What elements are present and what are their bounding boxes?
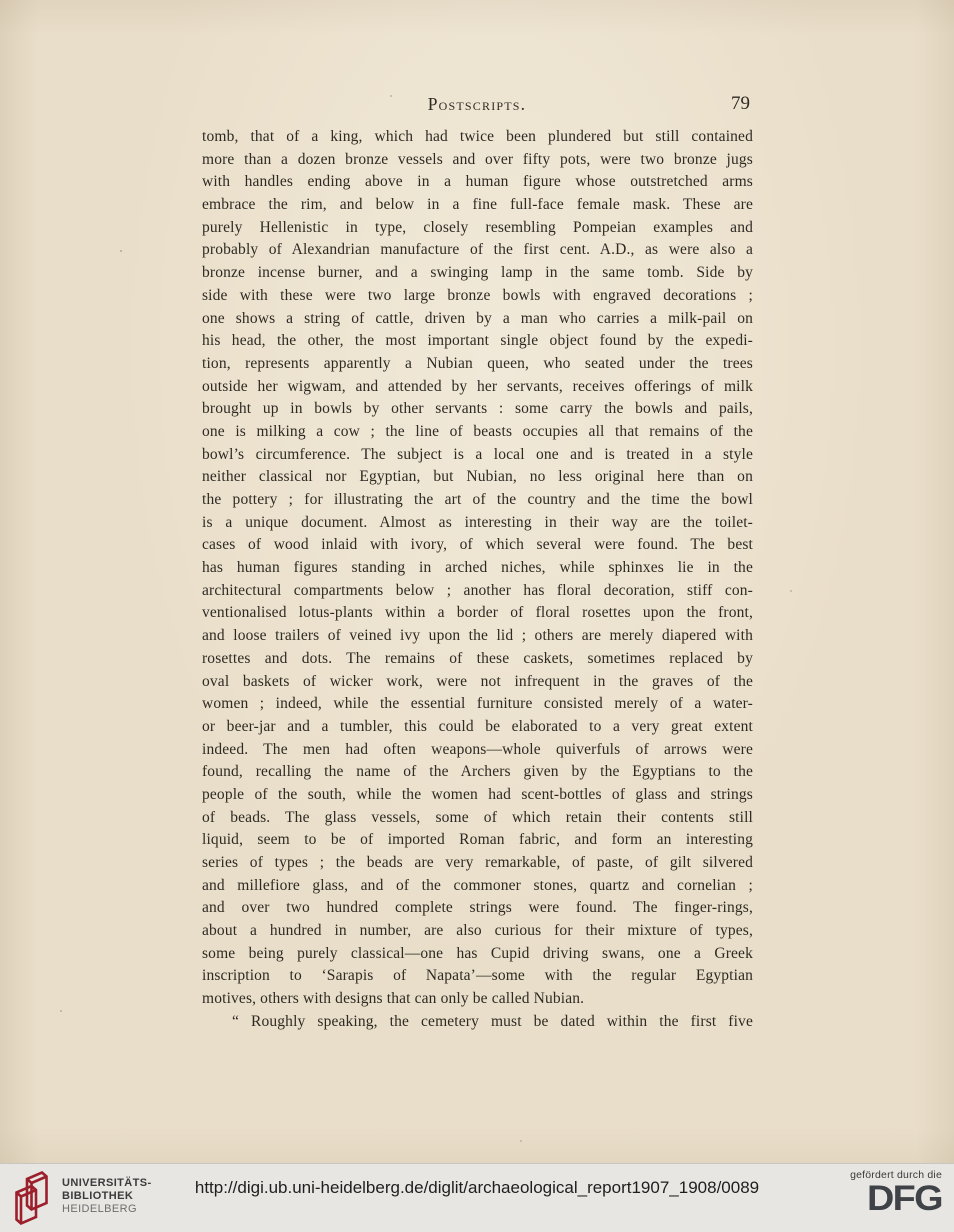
page-number: 79 [0,93,750,115]
text-line: bronze incense burner, and a swinging la… [202,262,753,285]
text-line: embrace the rim, and below in a fine ful… [202,194,753,217]
text-line: is a unique document. Almost as interest… [202,512,753,535]
library-name-line3: HEIDELBERG [62,1203,152,1216]
source-url[interactable]: http://digi.ub.uni-heidelberg.de/diglit/… [0,1178,954,1198]
text-line: more than a dozen bronze vessels and ove… [202,149,753,172]
text-line: people of the south, while the women had… [202,784,753,807]
text-line: rosettes and dots. The remains of these … [202,648,753,671]
paper-specks [120,250,122,252]
text-line: has human figures standing in arched nic… [202,557,753,580]
text-line: tomb, that of a king, which had twice be… [202,126,753,149]
text-line: probably of Alexandrian manufacture of t… [202,239,753,262]
text-line: found, recalling the name of the Archers… [202,761,753,784]
text-line: motives, others with designs that can on… [202,988,753,1011]
page-body-text: tomb, that of a king, which had twice be… [202,126,753,1034]
text-line: bowl’s circumference. The subject is a l… [202,444,753,467]
digitization-footer: UNIVERSITÄTS- BIBLIOTHEK HEIDELBERG http… [0,1163,954,1232]
text-line: inscription to ‘Sarapis of Napata’—some … [202,965,753,988]
text-line: neither classical nor Egyptian, but Nubi… [202,466,753,489]
book-page: Postscripts. 79 tomb, that of a king, wh… [0,0,954,1163]
text-line: indeed. The men had often weapons—whole … [202,739,753,762]
text-line: of beads. The glass vessels, some of whi… [202,807,753,830]
text-line: brought up in bowls by other servants : … [202,398,753,421]
dfg-logo: DFG [843,1182,942,1215]
text-line: some being purely classical—one has Cupi… [202,943,753,966]
text-line: ventionalised lotus-plants within a bord… [202,602,753,625]
text-line: cases of wood inlaid with ivory, of whic… [202,534,753,557]
text-line: outside her wigwam, and attended by her … [202,376,753,399]
text-line: and over two hundred complete strings we… [202,897,753,920]
text-line: one shows a string of cattle, driven by … [202,308,753,331]
text-line: his head, the other, the most important … [202,330,753,353]
text-line: series of types ; the beads are very rem… [202,852,753,875]
text-line: oval baskets of wicker work, were not in… [202,671,753,694]
text-line: one is milking a cow ; the line of beast… [202,421,753,444]
text-line: about a hundred in number, are also curi… [202,920,753,943]
text-line: the pottery ; for illustrating the art o… [202,489,753,512]
text-line: purely Hellenistic in type, closely rese… [202,217,753,240]
text-line: side with these were two large bronze bo… [202,285,753,308]
text-line: with handles ending above in a human fig… [202,171,753,194]
dfg-credit: gefördert durch die DFG [850,1169,942,1215]
text-line: “ Roughly speaking, the cemetery must be… [202,1011,753,1034]
text-line: and loose trailers of veined ivy upon th… [202,625,753,648]
text-line: architectural compartments below ; anoth… [202,580,753,603]
text-line: women ; indeed, while the essential furn… [202,693,753,716]
text-line: or beer-jar and a tumbler, this could be… [202,716,753,739]
text-line: liquid, seem to be of imported Roman fab… [202,829,753,852]
scanned-book-page-view: Postscripts. 79 tomb, that of a king, wh… [0,0,954,1232]
text-line: tion, represents apparently a Nubian que… [202,353,753,376]
text-line: and millefiore glass, and of the commone… [202,875,753,898]
